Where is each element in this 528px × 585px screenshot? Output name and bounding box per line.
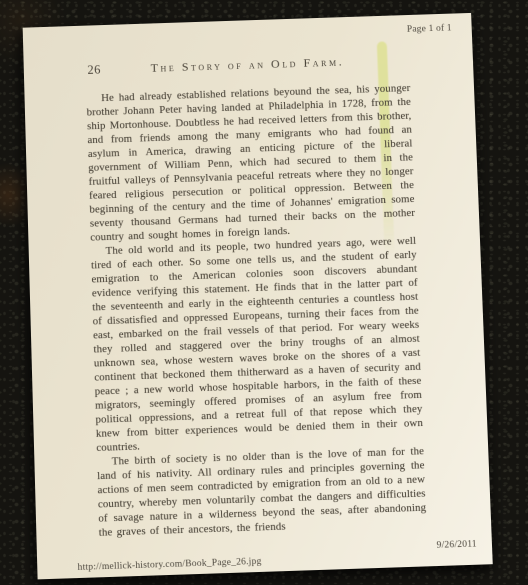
printed-page: Page 1 of 1 26 The Story of an Old Farm.…	[23, 13, 493, 579]
print-page-indicator: Page 1 of 1	[407, 23, 452, 34]
book-paragraph: The birth of society is no older than is…	[97, 444, 427, 540]
book-running-title: The Story of an Old Farm.	[85, 52, 409, 77]
print-footer-url: http://mellick-history.com/Book_Page_26.…	[77, 557, 261, 573]
print-footer-date: 9/26/2011	[436, 539, 477, 550]
book-scan: 26 The Story of an Old Farm. He had alre…	[85, 52, 427, 539]
book-page-header: 26 The Story of an Old Farm.	[85, 52, 409, 80]
book-paragraph: He had already established relations bey…	[86, 81, 416, 244]
book-paragraph: The old world and its people, two hundre…	[90, 234, 423, 455]
photo-background: Page 1 of 1 26 The Story of an Old Farm.…	[0, 0, 528, 585]
